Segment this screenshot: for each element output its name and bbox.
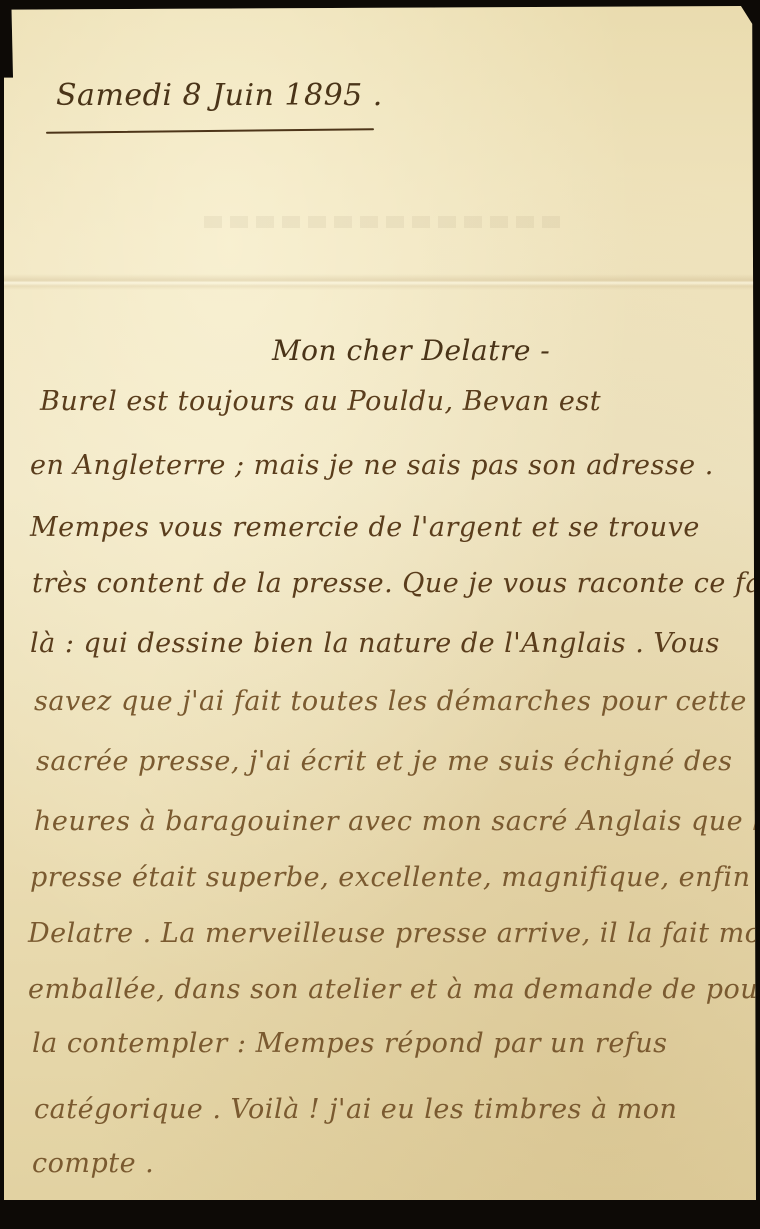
letter-line: très content de la presse. Que je vous r… (32, 568, 760, 599)
letter-date: Samedi 8 Juin 1895 . (56, 78, 383, 113)
letter-line: emballée, dans son atelier et à ma deman… (28, 974, 760, 1005)
letter-line: presse était superbe, excellente, magnif… (30, 862, 760, 893)
letter-line: savez que j'ai fait toutes les démarches… (34, 686, 747, 717)
date-underline (46, 128, 374, 133)
letter-line: heures à baragouiner avec mon sacré Angl… (34, 806, 760, 837)
letter-line: là : qui dessine bien la nature de l'Ang… (30, 628, 720, 659)
letter-line: compte . (32, 1148, 154, 1179)
letter-page: Samedi 8 Juin 1895 . Mon cher Delatre - … (4, 6, 756, 1200)
letter-line: la contempler : Mempes répond par un ref… (32, 1028, 668, 1059)
letter-line: sacrée presse, j'ai écrit et je me suis … (36, 746, 733, 777)
letter-line: catégorique . Voilà ! j'ai eu les timbre… (34, 1094, 677, 1125)
letter-line: en Angleterre ; mais je ne sais pas son … (30, 450, 714, 481)
letter-line: Mempes vous remercie de l'argent et se t… (30, 512, 700, 543)
paper-fold-crease (4, 274, 756, 290)
letter-salutation: Mon cher Delatre - (272, 334, 550, 367)
letter-line: Delatre . La merveilleuse presse arrive,… (28, 918, 760, 949)
bleed-through-text (204, 216, 564, 228)
letter-line: Burel est toujours au Pouldu, Bevan est (40, 386, 601, 417)
